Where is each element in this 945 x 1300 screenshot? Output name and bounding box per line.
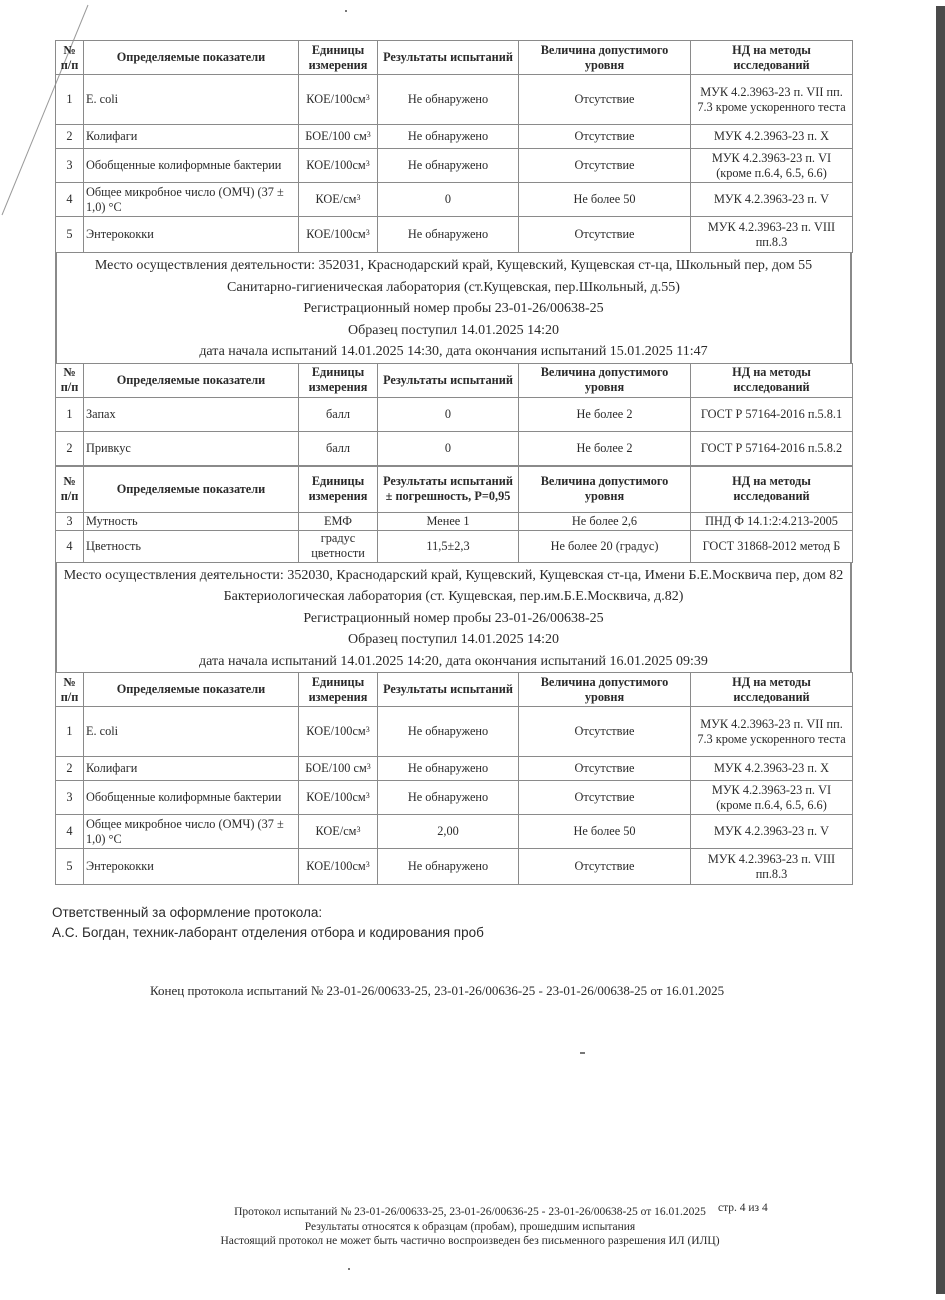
scan-speck (348, 1268, 350, 1270)
unit: балл (299, 397, 378, 431)
method-document: МУК 4.2.3963-23 п. VI (кроме п.6.4, 6.5,… (691, 149, 853, 183)
test-result: Не обнаружено (378, 149, 519, 183)
scan-speck (345, 10, 347, 12)
table-row: 2КолифагиБОЕ/100 см3Не обнаруженоОтсутст… (56, 757, 853, 781)
permissible-level: Не более 50 (519, 183, 691, 217)
permissible-level: Не более 2 (519, 431, 691, 465)
method-document: МУК 4.2.3963-23 п. VI (кроме п.6.4, 6.5,… (691, 781, 853, 815)
protocol-page: № п/п Определяемые показатели Единицы из… (55, 40, 852, 885)
table-row: 1E. coliКОЕ/100см3Не обнаруженоОтсутстви… (56, 75, 853, 125)
method-document: МУК 4.2.3963-23 п. X (691, 125, 853, 149)
test-result: 2,00 (378, 815, 519, 849)
unit: КОЕ/100см3 (299, 217, 378, 253)
unit: КОЕ/см3 (299, 815, 378, 849)
test-result: Не обнаружено (378, 849, 519, 885)
unit: БОЕ/100 см3 (299, 757, 378, 781)
table-row: 2Привкусбалл0Не более 2ГОСТ Р 57164-2016… (56, 431, 853, 465)
indicator-name: E. coli (84, 707, 299, 757)
method-document: ГОСТ Р 57164-2016 п.5.8.2 (691, 431, 853, 465)
results-table-1: № п/п Определяемые показатели Единицы из… (55, 40, 853, 253)
indicator-name: Общее микробное число (ОМЧ) (37 ± 1,0) °… (84, 183, 299, 217)
row-number: 1 (56, 75, 84, 125)
sample-reg-number: Регистрационный номер пробы 23-01-26/006… (56, 298, 851, 320)
unit: БОЕ/100 см3 (299, 125, 378, 149)
col-header-result: Результаты испытаний (378, 673, 519, 707)
indicator-name: Обобщенные колиформные бактерии (84, 149, 299, 183)
responsible-block: Ответственный за оформление протокола: А… (52, 903, 484, 943)
indicator-name: Энтерококки (84, 217, 299, 253)
permissible-level: Не более 20 (градус) (519, 530, 691, 562)
table-row: 2КолифагиБОЕ/100 см3Не обнаруженоОтсутст… (56, 125, 853, 149)
permissible-level: Отсутствие (519, 217, 691, 253)
row-number: 2 (56, 757, 84, 781)
unit: КОЕ/см3 (299, 183, 378, 217)
test-result: 0 (378, 431, 519, 465)
method-document: МУК 4.2.3963-23 п. X (691, 757, 853, 781)
table-header-row: № п/п Определяемые показатели Единицы из… (56, 363, 853, 397)
col-header-unit: Единицы измерения (299, 466, 378, 512)
col-header-name: Определяемые показатели (84, 41, 299, 75)
indicator-name: Общее микробное число (ОМЧ) (37 ± 1,0) °… (84, 815, 299, 849)
table-row: 3Обобщенные колиформные бактерииКОЕ/100с… (56, 149, 853, 183)
permissible-level: Отсутствие (519, 707, 691, 757)
test-dates: дата начала испытаний 14.01.2025 14:30, … (56, 341, 851, 363)
col-header-method: НД на методы исследований (691, 41, 853, 75)
permissible-level: Не более 50 (519, 815, 691, 849)
permissible-level: Отсутствие (519, 757, 691, 781)
table-row: 4Цветностьградус цветности11,5±2,3Не бол… (56, 530, 853, 562)
row-number: 3 (56, 781, 84, 815)
scan-speck (580, 1052, 585, 1054)
unit: градус цветности (299, 530, 378, 562)
indicator-name: Привкус (84, 431, 299, 465)
test-result: Не обнаружено (378, 75, 519, 125)
test-result: 0 (378, 183, 519, 217)
col-header-num: № п/п (56, 673, 84, 707)
test-result: 0 (378, 397, 519, 431)
col-header-limit: Величина допустимого уровня (519, 466, 691, 512)
footer-protocol-line: Протокол испытаний № 23-01-26/00633-25, … (160, 1205, 780, 1220)
col-header-name: Определяемые показатели (84, 363, 299, 397)
unit: КОЕ/100см3 (299, 781, 378, 815)
permissible-level: Отсутствие (519, 781, 691, 815)
footer-results-note: Результаты относятся к образцам (пробам)… (160, 1220, 780, 1235)
footer-copy-notice: Настоящий протокол не может быть частичн… (160, 1234, 780, 1249)
unit: КОЕ/100см3 (299, 849, 378, 885)
table-row: 4Общее микробное число (ОМЧ) (37 ± 1,0) … (56, 815, 853, 849)
col-header-num: № п/п (56, 363, 84, 397)
table-row: 5ЭнтерококкиКОЕ/100см3Не обнаруженоОтсут… (56, 217, 853, 253)
method-document: МУК 4.2.3963-23 п. V (691, 183, 853, 217)
col-header-method: НД на методы исследований (691, 466, 853, 512)
row-number: 2 (56, 125, 84, 149)
section-3-info: Место осуществления деятельности: 352030… (55, 563, 852, 673)
col-header-unit: Единицы измерения (299, 363, 378, 397)
results-table-3: № п/п Определяемые показатели Единицы из… (55, 672, 853, 885)
test-result: Менее 1 (378, 512, 519, 530)
permissible-level: Отсутствие (519, 149, 691, 183)
results-table-2a: № п/п Определяемые показатели Единицы из… (55, 363, 853, 466)
laboratory-name: Санитарно-гигиеническая лаборатория (ст.… (56, 277, 851, 299)
col-header-result: Результаты испытаний ± погрешность, Р=0,… (378, 466, 519, 512)
results-table-2b: № п/п Определяемые показатели Единицы из… (55, 466, 853, 563)
col-header-unit: Единицы измерения (299, 673, 378, 707)
table-header-row: № п/п Определяемые показатели Единицы из… (56, 41, 853, 75)
method-document: МУК 4.2.3963-23 п. V (691, 815, 853, 849)
sample-reg-number: Регистрационный номер пробы 23-01-26/006… (56, 608, 851, 630)
indicator-name: Цветность (84, 530, 299, 562)
col-header-method: НД на методы исследований (691, 673, 853, 707)
permissible-level: Не более 2,6 (519, 512, 691, 530)
col-header-name: Определяемые показатели (84, 466, 299, 512)
method-document: МУК 4.2.3963-23 п. VII пп. 7.3 кроме уск… (691, 75, 853, 125)
col-header-unit: Единицы измерения (299, 41, 378, 75)
row-number: 1 (56, 707, 84, 757)
row-number: 5 (56, 849, 84, 885)
col-header-method: НД на методы исследований (691, 363, 853, 397)
row-number: 4 (56, 183, 84, 217)
activity-location: Место осуществления деятельности: 352031… (56, 253, 851, 277)
table-header-row: № п/п Определяемые показатели Единицы из… (56, 673, 853, 707)
row-number: 3 (56, 149, 84, 183)
table-row: 1E. coliКОЕ/100см3Не обнаруженоОтсутстви… (56, 707, 853, 757)
scan-edge-shadow (936, 6, 945, 1294)
method-document: ГОСТ Р 57164-2016 п.5.8.1 (691, 397, 853, 431)
protocol-end-note: Конец протокола испытаний № 23-01-26/006… (150, 983, 724, 999)
test-result: Не обнаружено (378, 125, 519, 149)
indicator-name: Запах (84, 397, 299, 431)
col-header-result: Результаты испытаний (378, 363, 519, 397)
indicator-name: Колифаги (84, 757, 299, 781)
col-header-result: Результаты испытаний (378, 41, 519, 75)
indicator-name: Мутность (84, 512, 299, 530)
col-header-limit: Величина допустимого уровня (519, 363, 691, 397)
table-row: 1Запахбалл0Не более 2ГОСТ Р 57164-2016 п… (56, 397, 853, 431)
row-number: 2 (56, 431, 84, 465)
page-footer: Протокол испытаний № 23-01-26/00633-25, … (160, 1205, 780, 1249)
permissible-level: Отсутствие (519, 125, 691, 149)
laboratory-name: Бактериологическая лаборатория (ст. Куще… (56, 586, 851, 608)
test-result: Не обнаружено (378, 707, 519, 757)
permissible-level: Не более 2 (519, 397, 691, 431)
col-header-num: № п/п (56, 41, 84, 75)
unit: КОЕ/100см3 (299, 707, 378, 757)
indicator-name: Колифаги (84, 125, 299, 149)
sample-received: Образец поступил 14.01.2025 14:20 (56, 320, 851, 342)
activity-location: Место осуществления деятельности: 352030… (56, 563, 851, 587)
test-dates: дата начала испытаний 14.01.2025 14:20, … (56, 651, 851, 673)
indicator-name: E. coli (84, 75, 299, 125)
method-document: МУК 4.2.3963-23 п. VII пп. 7.3 кроме уск… (691, 707, 853, 757)
table-row: 5ЭнтерококкиКОЕ/100см3Не обнаруженоОтсут… (56, 849, 853, 885)
col-header-name: Определяемые показатели (84, 673, 299, 707)
method-document: МУК 4.2.3963-23 п. VIII пп.8.3 (691, 217, 853, 253)
permissible-level: Отсутствие (519, 75, 691, 125)
col-header-limit: Величина допустимого уровня (519, 41, 691, 75)
indicator-name: Обобщенные колиформные бактерии (84, 781, 299, 815)
table-row: 3Обобщенные колиформные бактерииКОЕ/100с… (56, 781, 853, 815)
row-number: 3 (56, 512, 84, 530)
indicator-name: Энтерококки (84, 849, 299, 885)
test-result: Не обнаружено (378, 217, 519, 253)
table-header-row: № п/п Определяемые показатели Единицы из… (56, 466, 853, 512)
row-number: 1 (56, 397, 84, 431)
section-2-info: Место осуществления деятельности: 352031… (55, 253, 852, 363)
unit: КОЕ/100см3 (299, 149, 378, 183)
method-document: МУК 4.2.3963-23 п. VIII пп.8.3 (691, 849, 853, 885)
unit: ЕМФ (299, 512, 378, 530)
row-number: 4 (56, 530, 84, 562)
method-document: ПНД Ф 14.1:2:4.213-2005 (691, 512, 853, 530)
responsible-label: Ответственный за оформление протокола: (52, 903, 484, 923)
method-document: ГОСТ 31868-2012 метод Б (691, 530, 853, 562)
col-header-num: № п/п (56, 466, 84, 512)
permissible-level: Отсутствие (519, 849, 691, 885)
unit: КОЕ/100см3 (299, 75, 378, 125)
test-result: 11,5±2,3 (378, 530, 519, 562)
unit: балл (299, 431, 378, 465)
table-row: 3МутностьЕМФМенее 1Не более 2,6ПНД Ф 14.… (56, 512, 853, 530)
col-header-limit: Величина допустимого уровня (519, 673, 691, 707)
row-number: 4 (56, 815, 84, 849)
responsible-person: А.С. Богдан, техник-лаборант отделения о… (52, 923, 484, 943)
test-result: Не обнаружено (378, 757, 519, 781)
test-result: Не обнаружено (378, 781, 519, 815)
table-row: 4Общее микробное число (ОМЧ) (37 ± 1,0) … (56, 183, 853, 217)
sample-received: Образец поступил 14.01.2025 14:20 (56, 629, 851, 651)
row-number: 5 (56, 217, 84, 253)
